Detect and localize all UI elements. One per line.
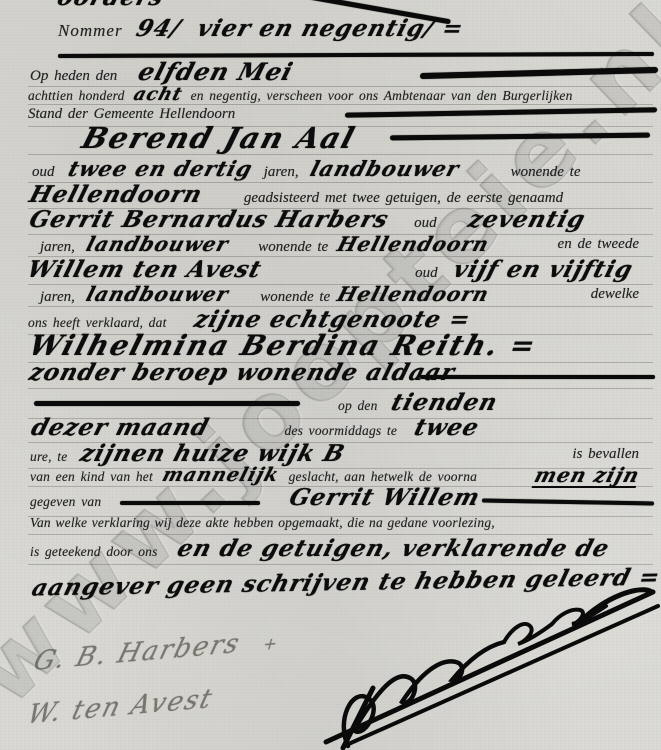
witness1-details-line: jaren, landbouwer wonende te Hellendoorn… [28, 232, 653, 257]
witness1-signature-mark: + [261, 633, 282, 654]
printed-dewelke: dewelke [591, 282, 639, 306]
printed-year-1: achttien honderd [28, 88, 125, 103]
printed-nommer-label: Nommer [58, 21, 123, 40]
witness1-signature: G. B. Harbers + [30, 625, 283, 677]
printed-year-2: en negentig, verscheen voor ons Ambtenaa… [191, 88, 573, 103]
witness1-signature-text: G. B. Harbers [30, 628, 244, 677]
child-sex-value: mannelijk [160, 464, 282, 486]
declarant-name-value: Berend Jan Aal [78, 122, 359, 154]
printed-jaren: jaren, [40, 289, 75, 305]
dezer-maand-value: dezer maand [28, 414, 213, 442]
printed-gemeente: Stand der Gemeente Hellendoorn [28, 106, 235, 122]
printed-kind-van-het: van een kind van het [30, 469, 153, 484]
witness1-occupation-value: landbouwer [83, 232, 231, 256]
cropped-text-fragment: oorders [54, 0, 168, 12]
registrar-signature-flourish [318, 570, 661, 750]
printed-op-heden: Op heden den [30, 68, 117, 84]
printed-wonende-te: wonende te [511, 164, 581, 180]
witness1-line: Gerrit Bernardus Harbers oud zeventig [28, 206, 653, 235]
printed-closing-1: Van welke verklaring wij deze akte hebbe… [30, 515, 495, 530]
declarant-residence-value: Hellendoorn [26, 182, 205, 208]
witness2-name-value: Willem ten Avest [24, 256, 265, 284]
witness2-details-line: jaren, landbouwer wonende te Hellendoorn… [28, 282, 653, 307]
printed-ure-te: ure, te [30, 449, 67, 464]
printed-en-de-tweede: en de tweede [558, 232, 639, 256]
printed-gegeven-van: gegeven van [30, 494, 101, 509]
printed-geteekend: is geteekend door ons [30, 544, 158, 559]
witness1-residence-value: Hellendoorn [335, 232, 493, 256]
printed-wonende-te: wonende te [258, 239, 328, 255]
printed-wonende-te: wonende te [260, 289, 330, 305]
witness2-age-value: vijf en vijftig [450, 256, 636, 284]
date-day-month-value: elfden Mei [135, 58, 297, 86]
act-number-value: 94/ [132, 14, 184, 44]
printed-jaren: jaren, [264, 164, 299, 180]
declarant-occupation-value: landbouwer [307, 156, 462, 182]
printed-jaren: jaren, [40, 239, 75, 255]
hand-dash [420, 375, 655, 379]
act-number-words: vier en negentig/ = [194, 14, 468, 44]
ink-rule-heavy [120, 501, 260, 505]
witness2-signature: W. ten Avest [24, 684, 217, 731]
printed-oud: oud [414, 215, 437, 231]
declarant-age-line: oud twee en dertig jaren, landbouwer won… [28, 156, 653, 183]
witness2-residence-value: Hellendoorn [335, 282, 493, 306]
printed-oud: oud [32, 164, 55, 180]
scanned-birth-certificate: www.joopteie.nl oorders Nommer 94/ vier … [0, 0, 661, 750]
mother-details-line: zonder beroep wonende aldaar [28, 358, 653, 389]
witness1-age-value: zeventig [465, 206, 589, 234]
declarant-age-value: twee en dertig [65, 156, 256, 182]
printed-geslacht: geslacht, aan hetwelk de voorna [289, 469, 478, 484]
closing-line-1: Van welke verklaring wij deze akte hebbe… [28, 512, 653, 535]
child-name-value: Gerrit Willem [286, 484, 484, 512]
printed-op-den: op den [338, 398, 378, 413]
declarant-residence-line: Hellendoorn geadsisteerd met twee getuig… [28, 182, 653, 209]
men-zijn-value: men zijn [531, 464, 642, 488]
witness1-name-value: Gerrit Bernardus Harbers [26, 206, 392, 234]
printed-ons-heeft-verklaard: ons heeft verklaard, dat [28, 315, 167, 330]
witness2-occupation-value: landbouwer [83, 282, 231, 306]
closing-line-2: is geteekend door ons en de getuigen, ve… [28, 534, 653, 565]
ink-rule-heavy [34, 401, 300, 406]
witness2-line: Willem ten Avest oud vijf en vijftig [28, 256, 653, 285]
act-number-line: Nommer 94/ vier en negentig/ = [28, 14, 653, 44]
printed-geadsisteerd: geadsisteerd met twee getuigen, de eerst… [244, 190, 563, 206]
birth-time-line: dezer maand des voormiddags te twee [28, 414, 653, 443]
printed-oud: oud [415, 265, 438, 281]
printed-voormiddags: des voormiddags te [284, 423, 397, 438]
mother-occupation-value: zonder beroep wonende aldaar [26, 358, 459, 388]
birth-hour-value: twee [411, 414, 483, 442]
getuigen-phrase-value: en de getuigen, verklarende de [173, 534, 613, 564]
